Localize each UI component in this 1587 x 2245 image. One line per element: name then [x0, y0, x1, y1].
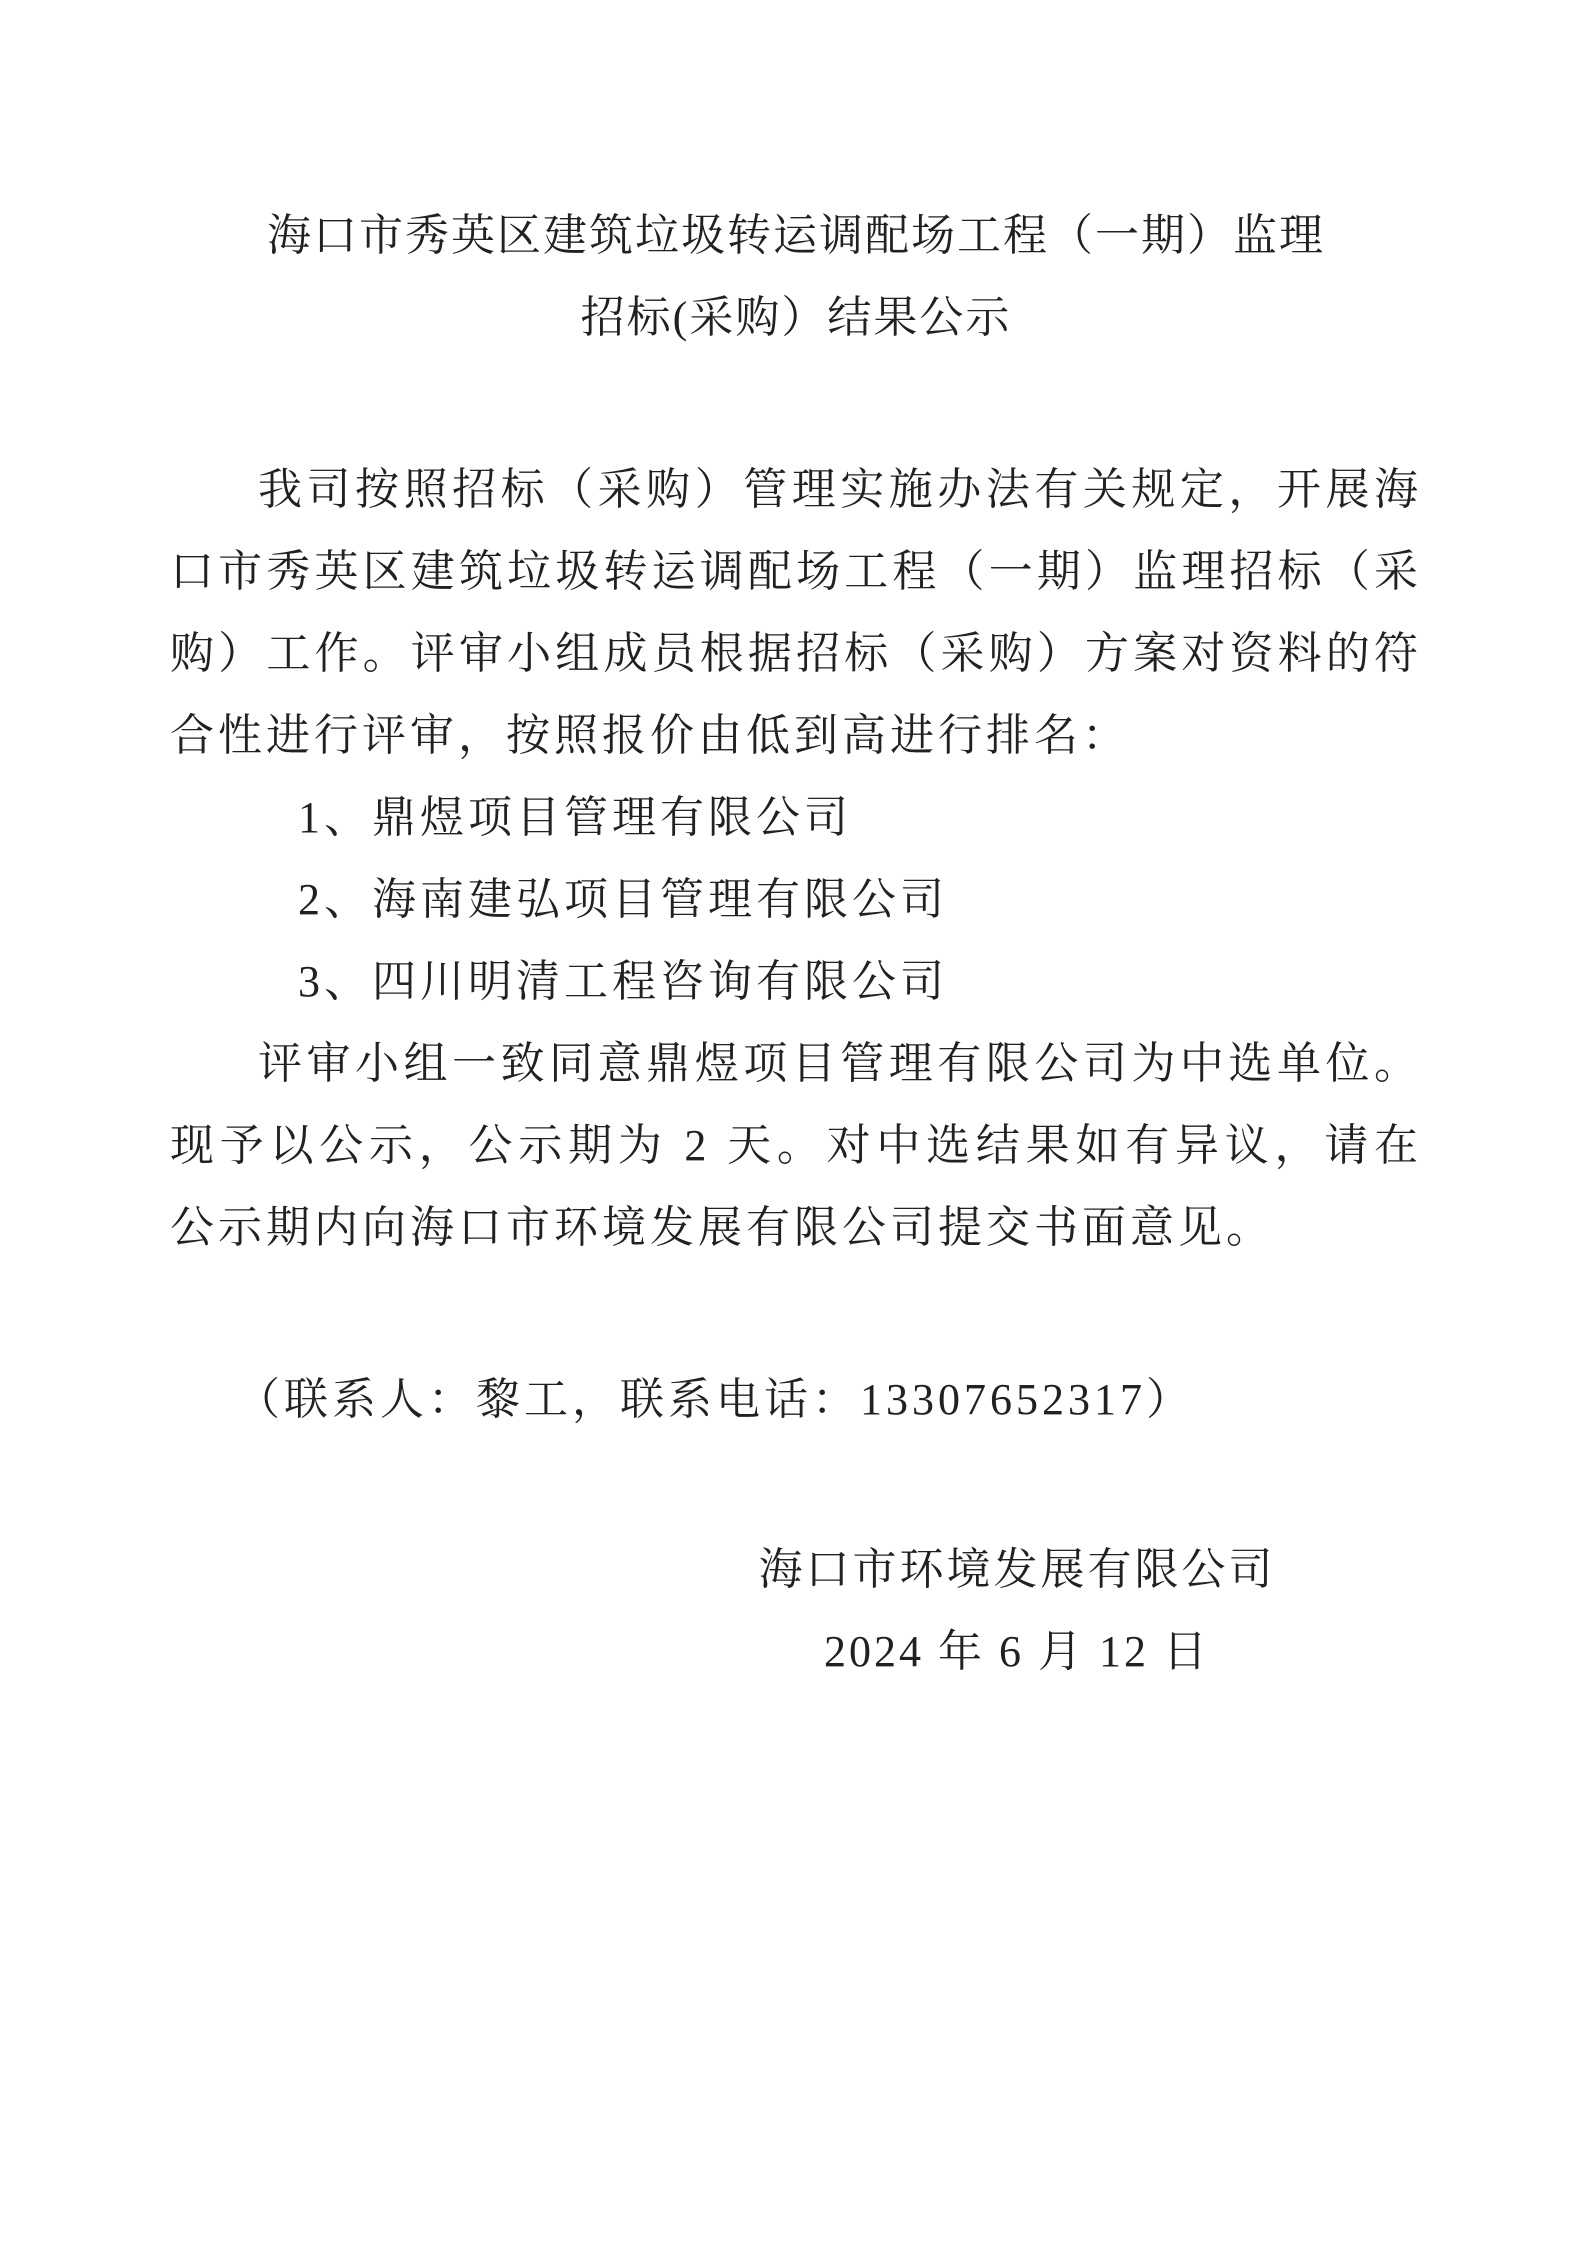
signature-block: 海口市环境发展有限公司 2024 年 6 月 12 日	[737, 1529, 1297, 1693]
document-title: 海口市秀英区建筑垃圾转运调配场工程（一期）监理 招标(采购）结果公示	[170, 195, 1422, 359]
ranking-item-3: 3、四川明清工程咨询有限公司	[170, 941, 1422, 1023]
title-line-2: 招标(采购）结果公示	[170, 277, 1422, 359]
paragraph-intro: 我司按照招标（采购）管理实施办法有关规定，开展海口市秀英区建筑垃圾转运调配场工程…	[170, 449, 1422, 777]
paragraph-result: 评审小组一致同意鼎煜项目管理有限公司为中选单位。现予以公示，公示期为 2 天。对…	[170, 1023, 1422, 1269]
ranking-list: 1、鼎煜项目管理有限公司 2、海南建弘项目管理有限公司 3、四川明清工程咨询有限…	[170, 777, 1422, 1023]
document-page: 海口市秀英区建筑垃圾转运调配场工程（一期）监理 招标(采购）结果公示 我司按照招…	[0, 0, 1587, 2245]
ranking-item-1: 1、鼎煜项目管理有限公司	[170, 777, 1422, 859]
contact-info: （联系人：黎工，联系电话：13307652317）	[170, 1359, 1422, 1441]
ranking-item-2: 2、海南建弘项目管理有限公司	[170, 859, 1422, 941]
document-body: 我司按照招标（采购）管理实施办法有关规定，开展海口市秀英区建筑垃圾转运调配场工程…	[170, 449, 1422, 1693]
signature-date: 2024 年 6 月 12 日	[737, 1611, 1297, 1693]
title-line-1: 海口市秀英区建筑垃圾转运调配场工程（一期）监理	[170, 195, 1422, 277]
signature-company: 海口市环境发展有限公司	[737, 1529, 1297, 1611]
